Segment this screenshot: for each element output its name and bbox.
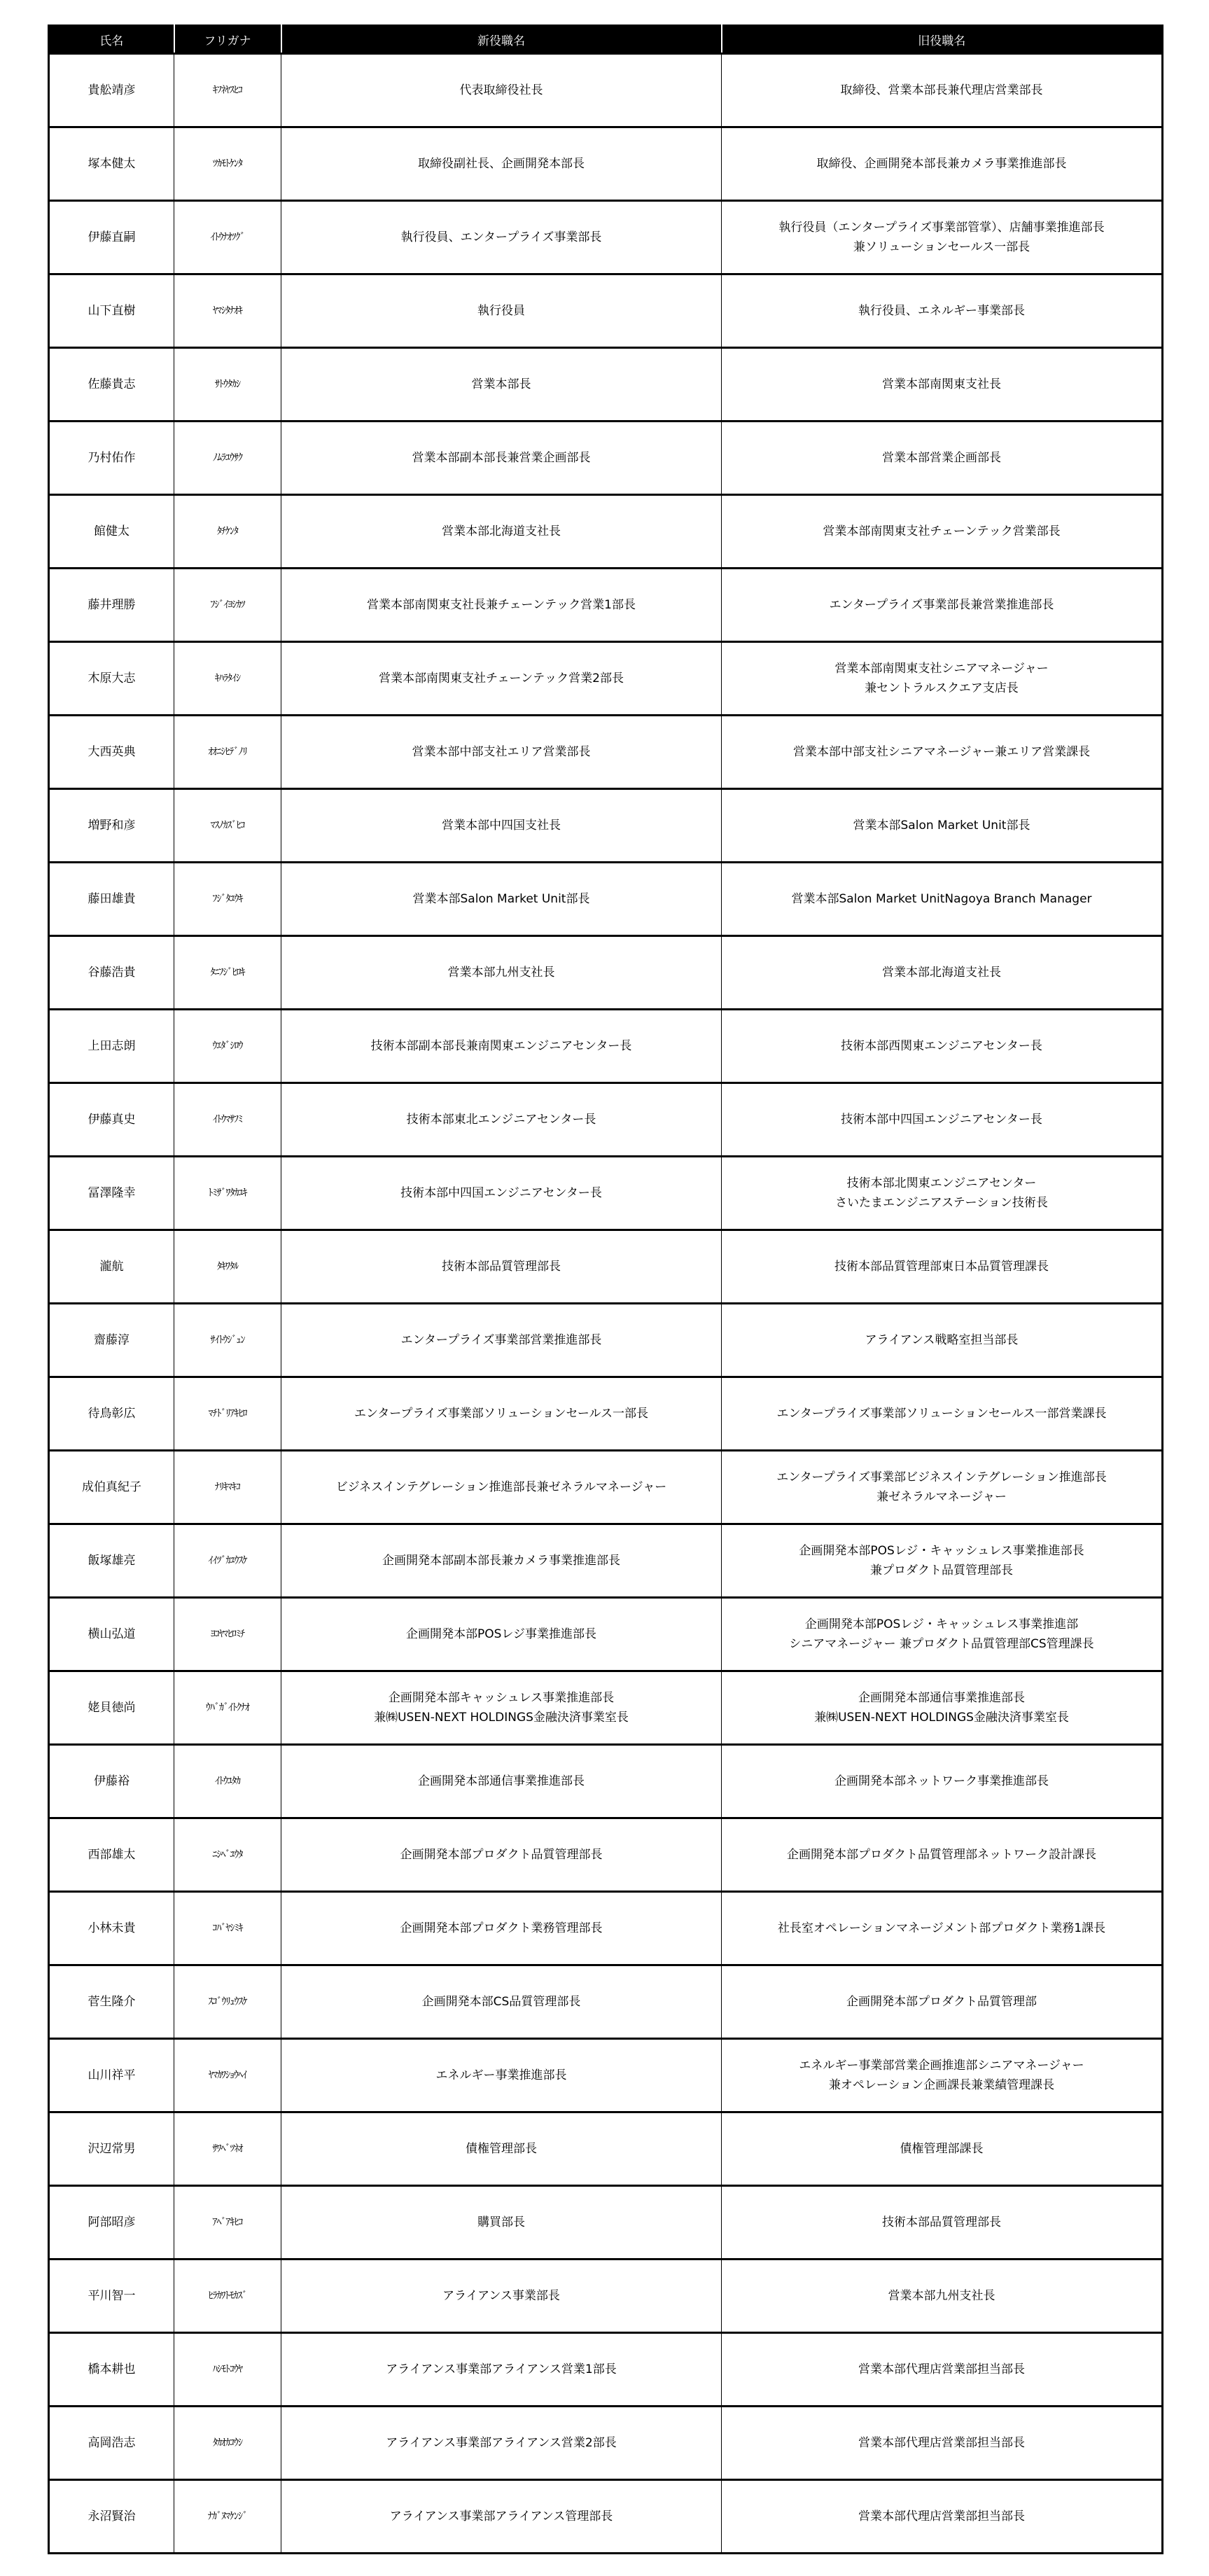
title-line: 営業本部Salon Market UnitNagoya Branch Manag… <box>723 889 1160 909</box>
cell-name: 伊藤直嗣 <box>49 201 174 274</box>
cell-new-title: アライアンス事業部長 <box>281 2260 722 2333</box>
title-line: 兼ソリューションセールス一部長 <box>723 237 1160 257</box>
title-line: エネルギー事業推進部長 <box>283 2066 720 2085</box>
cell-old-title: 企画開発本部ネットワーク事業推進部長 <box>722 1745 1163 1818</box>
cell-furigana: ﾏﾁﾄﾞﾘｱｷﾋﾛ <box>174 1377 281 1451</box>
title-line: さいたまエンジニアステーション技術長 <box>723 1193 1160 1213</box>
title-line: 技術本部西関東エンジニアセンター長 <box>723 1036 1160 1056</box>
table-row: 西部雄太ﾆｼﾍﾞﾕｳﾀ企画開発本部プロダクト品質管理部長企画開発本部プロダクト品… <box>49 1818 1163 1892</box>
cell-new-title: 執行役員 <box>281 274 722 348</box>
cell-new-title: 営業本部中部支社エリア営業部長 <box>281 716 722 789</box>
cell-old-title: 営業本部南関東支社チェーンテック営業部長 <box>722 495 1163 569</box>
cell-old-title: 営業本部南関東支社長 <box>722 348 1163 422</box>
cell-name: 佐藤貴志 <box>49 348 174 422</box>
cell-furigana: ﾀﾁｹﾝﾀ <box>174 495 281 569</box>
cell-name: 貴舩靖彦 <box>49 54 174 127</box>
cell-old-title: 取締役、企画開発本部長兼カメラ事業推進部長 <box>722 127 1163 201</box>
cell-old-title: 企画開発本部POSレジ・キャッシュレス事業推進部長兼プロダクト品質管理部長 <box>722 1524 1163 1598</box>
table-row: 冨澤隆幸ﾄﾐｻﾞﾜﾀｶﾕｷ技術本部中四国エンジニアセンター長技術本部北関東エンジ… <box>49 1157 1163 1230</box>
cell-new-title: 技術本部中四国エンジニアセンター長 <box>281 1157 722 1230</box>
table-row: 藤井理勝ﾌｼﾞｲﾖｼｶﾂ営業本部南関東支社長兼チェーンテック営業1部長エンタープ… <box>49 569 1163 642</box>
cell-new-title: 企画開発本部キャッシュレス事業推進部長兼㈱USEN-NEXT HOLDINGS金… <box>281 1671 722 1745</box>
cell-old-title: 営業本部北海道支社長 <box>722 936 1163 1010</box>
cell-furigana: ﾆｼﾍﾞﾕｳﾀ <box>174 1818 281 1892</box>
cell-new-title: 企画開発本部POSレジ事業推進部長 <box>281 1598 722 1671</box>
header-name: 氏名 <box>49 25 174 54</box>
title-line: 企画開発本部キャッシュレス事業推進部長 <box>283 1688 720 1708</box>
title-line: 営業本部南関東支社長 <box>723 375 1160 394</box>
cell-furigana: ﾋﾗｶﾜﾄﾓｶｽﾞ <box>174 2260 281 2333</box>
cell-furigana: ﾅﾘｷﾏｷｺ <box>174 1451 281 1524</box>
cell-old-title: 執行役員（エンタープライズ事業部管掌）、店舗事業推進部長兼ソリューションセールス… <box>722 201 1163 274</box>
cell-furigana: ｷﾊﾗﾀｲｼ <box>174 642 281 716</box>
header-old-title: 旧役職名 <box>722 25 1163 54</box>
cell-name: 大西英典 <box>49 716 174 789</box>
cell-name: 冨澤隆幸 <box>49 1157 174 1230</box>
cell-name: 小林未貴 <box>49 1892 174 1965</box>
cell-name: 姥貝徳尚 <box>49 1671 174 1745</box>
table-row: 伊藤直嗣ｲﾄｳﾅｵﾂｸﾞ執行役員、エンタープライズ事業部長執行役員（エンタープラ… <box>49 201 1163 274</box>
title-line: 取締役、企画開発本部長兼カメラ事業推進部長 <box>723 154 1160 174</box>
title-line: 営業本部南関東支社シニアマネージャー <box>723 659 1160 678</box>
cell-new-title: アライアンス事業部アライアンス営業2部長 <box>281 2407 722 2480</box>
title-line: 企画開発本部プロダクト品質管理部 <box>723 1992 1160 2012</box>
cell-furigana: ﾀﾆﾌｼﾞﾋﾛｷ <box>174 936 281 1010</box>
title-line: 営業本部南関東支社長兼チェーンテック営業1部長 <box>283 595 720 615</box>
cell-old-title: 債権管理部課長 <box>722 2112 1163 2186</box>
personnel-changes-table: 氏名 フリガナ 新役職名 旧役職名 貴舩靖彦ｷﾌﾈﾔｽﾋｺ代表取締役社長取締役、… <box>48 25 1163 2554</box>
cell-furigana: ｻｲﾄｳｼﾞｭﾝ <box>174 1304 281 1377</box>
title-line: 技術本部中四国エンジニアセンター長 <box>723 1110 1160 1129</box>
title-line: エンタープライズ事業部長兼営業推進部長 <box>723 595 1160 615</box>
cell-name: 木原大志 <box>49 642 174 716</box>
title-line: 営業本部南関東支社チェーンテック営業2部長 <box>283 669 720 688</box>
cell-furigana: ｲｲﾂﾞｶﾕｳｽｹ <box>174 1524 281 1598</box>
title-line: 企画開発本部POSレジ・キャッシュレス事業推進部長 <box>723 1541 1160 1561</box>
cell-name: 藤田雄貴 <box>49 863 174 936</box>
title-line: 企画開発本部プロダクト品質管理部長 <box>283 1845 720 1865</box>
table-row: 乃村佑作ﾉﾑﾗﾕｳｻｸ営業本部副本部長兼営業企画部長営業本部営業企画部長 <box>49 422 1163 495</box>
cell-new-title: 営業本部北海道支社長 <box>281 495 722 569</box>
title-line: 取締役、営業本部長兼代理店営業部長 <box>723 81 1160 100</box>
title-line: アライアンス事業部アライアンス営業1部長 <box>283 2360 720 2379</box>
cell-name: 伊藤裕 <box>49 1745 174 1818</box>
table-row: 阿部昭彦ｱﾍﾞｱｷﾋｺ購買部長技術本部品質管理部長 <box>49 2186 1163 2260</box>
title-line: 営業本部九州支社長 <box>283 963 720 982</box>
cell-name: 伊藤真史 <box>49 1083 174 1157</box>
cell-new-title: 執行役員、エンタープライズ事業部長 <box>281 201 722 274</box>
table-row: 飯塚雄亮ｲｲﾂﾞｶﾕｳｽｹ企画開発本部副本部長兼カメラ事業推進部長企画開発本部P… <box>49 1524 1163 1598</box>
title-line: 技術本部品質管理部長 <box>723 2213 1160 2232</box>
title-line: 企画開発本部ネットワーク事業推進部長 <box>723 1771 1160 1791</box>
title-line: 企画開発本部プロダクト品質管理部ネットワーク設計課長 <box>723 1845 1160 1865</box>
cell-name: 横山弘道 <box>49 1598 174 1671</box>
title-line: 執行役員 <box>283 301 720 321</box>
table-row: 貴舩靖彦ｷﾌﾈﾔｽﾋｺ代表取締役社長取締役、営業本部長兼代理店営業部長 <box>49 54 1163 127</box>
cell-new-title: 営業本部中四国支社長 <box>281 789 722 863</box>
cell-name: 沢辺常男 <box>49 2112 174 2186</box>
cell-new-title: 企画開発本部CS品質管理部長 <box>281 1965 722 2039</box>
cell-name: 平川智一 <box>49 2260 174 2333</box>
cell-furigana: ﾀｶｵｶｺｳｼ <box>174 2407 281 2480</box>
title-line: 営業本部代理店営業部担当部長 <box>723 2433 1160 2453</box>
title-line: 営業本部北海道支社長 <box>283 522 720 541</box>
cell-old-title: エンタープライズ事業部ソリューションセールス一部営業課長 <box>722 1377 1163 1451</box>
cell-new-title: 営業本部南関東支社長兼チェーンテック営業1部長 <box>281 569 722 642</box>
cell-name: 橋本耕也 <box>49 2333 174 2407</box>
title-line: アライアンス事業部アライアンス管理部長 <box>283 2507 720 2526</box>
title-line: シニアマネージャー 兼プロダクト品質管理部CS管理課長 <box>723 1634 1160 1654</box>
table-row: 平川智一ﾋﾗｶﾜﾄﾓｶｽﾞアライアンス事業部長営業本部九州支社長 <box>49 2260 1163 2333</box>
cell-furigana: ｲﾄｳﾅｵﾂｸﾞ <box>174 201 281 274</box>
title-line: 技術本部中四国エンジニアセンター長 <box>283 1183 720 1203</box>
cell-furigana: ｲﾄｳﾏｻﾌﾐ <box>174 1083 281 1157</box>
table-row: 沢辺常男ｻﾜﾍﾞﾂﾈｵ債権管理部長債権管理部課長 <box>49 2112 1163 2186</box>
title-line: 営業本部代理店営業部担当部長 <box>723 2507 1160 2526</box>
cell-furigana: ﾄﾐｻﾞﾜﾀｶﾕｷ <box>174 1157 281 1230</box>
cell-old-title: 技術本部品質管理部長 <box>722 2186 1163 2260</box>
title-line: アライアンス事業部長 <box>283 2286 720 2306</box>
cell-name: 飯塚雄亮 <box>49 1524 174 1598</box>
title-line: 債権管理部長 <box>283 2139 720 2159</box>
title-line: エンタープライズ事業部ソリューションセールス一部長 <box>283 1404 720 1423</box>
cell-old-title: エネルギー事業部営業企画推進部シニアマネージャー兼オペレーション企画課長兼業績管… <box>722 2039 1163 2112</box>
title-line: 営業本部副本部長兼営業企画部長 <box>283 448 720 468</box>
cell-new-title: ビジネスインテグレーション推進部長兼ゼネラルマネージャー <box>281 1451 722 1524</box>
cell-furigana: ﾖｺﾔﾏﾋﾛﾐﾁ <box>174 1598 281 1671</box>
title-line: 兼ゼネラルマネージャー <box>723 1487 1160 1507</box>
title-line: 購買部長 <box>283 2213 720 2232</box>
cell-furigana: ｱﾍﾞｱｷﾋｺ <box>174 2186 281 2260</box>
table-row: 木原大志ｷﾊﾗﾀｲｼ営業本部南関東支社チェーンテック営業2部長営業本部南関東支社… <box>49 642 1163 716</box>
cell-old-title: 技術本部中四国エンジニアセンター長 <box>722 1083 1163 1157</box>
cell-furigana: ｳﾊﾞｶﾞｲﾄｸﾅｵ <box>174 1671 281 1745</box>
cell-old-title: 営業本部Salon Market UnitNagoya Branch Manag… <box>722 863 1163 936</box>
title-line: 兼オペレーション企画課長兼業績管理課長 <box>723 2075 1160 2095</box>
table-row: 横山弘道ﾖｺﾔﾏﾋﾛﾐﾁ企画開発本部POSレジ事業推進部長企画開発本部POSレジ… <box>49 1598 1163 1671</box>
table-row: 伊藤裕ｲﾄｳﾕﾀｶ企画開発本部通信事業推進部長企画開発本部ネットワーク事業推進部… <box>49 1745 1163 1818</box>
title-line: 営業本部九州支社長 <box>723 2286 1160 2306</box>
cell-name: 成伯真紀子 <box>49 1451 174 1524</box>
title-line: 企画開発本部副本部長兼カメラ事業推進部長 <box>283 1551 720 1571</box>
cell-furigana: ﾏｽﾉｶｽﾞﾋｺ <box>174 789 281 863</box>
table-row: 藤田雄貴ﾌｼﾞﾀﾕｳｷ営業本部Salon Market Unit部長営業本部Sa… <box>49 863 1163 936</box>
cell-name: 菅生隆介 <box>49 1965 174 2039</box>
cell-old-title: 企画開発本部プロダクト品質管理部ネットワーク設計課長 <box>722 1818 1163 1892</box>
table-body: 貴舩靖彦ｷﾌﾈﾔｽﾋｺ代表取締役社長取締役、営業本部長兼代理店営業部長塚本健太ﾂ… <box>49 54 1163 2554</box>
cell-furigana: ﾌｼﾞﾀﾕｳｷ <box>174 863 281 936</box>
cell-old-title: 営業本部Salon Market Unit部長 <box>722 789 1163 863</box>
cell-new-title: 企画開発本部副本部長兼カメラ事業推進部長 <box>281 1524 722 1598</box>
title-line: エンタープライズ事業部ビジネスインテグレーション推進部長 <box>723 1468 1160 1487</box>
cell-name: 谷藤浩貴 <box>49 936 174 1010</box>
cell-name: 高岡浩志 <box>49 2407 174 2480</box>
table-row: 高岡浩志ﾀｶｵｶｺｳｼアライアンス事業部アライアンス営業2部長営業本部代理店営業… <box>49 2407 1163 2480</box>
table-row: 伊藤真史ｲﾄｳﾏｻﾌﾐ技術本部東北エンジニアセンター長技術本部中四国エンジニアセ… <box>49 1083 1163 1157</box>
cell-name: 齋藤淳 <box>49 1304 174 1377</box>
table-row: 上田志朗ｳｴﾀﾞｼﾛｳ技術本部副本部長兼南関東エンジニアセンター長技術本部西関東… <box>49 1010 1163 1083</box>
title-line: 営業本部Salon Market Unit部長 <box>723 816 1160 835</box>
cell-name: 山下直樹 <box>49 274 174 348</box>
table-row: 橋本耕也ﾊｼﾓﾄｺｳﾔアライアンス事業部アライアンス営業1部長営業本部代理店営業… <box>49 2333 1163 2407</box>
table-row: 山川祥平ﾔﾏｶﾜｼｮｳﾍｲエネルギー事業推進部長エネルギー事業部営業企画推進部シ… <box>49 2039 1163 2112</box>
title-line: 企画開発本部通信事業推進部長 <box>283 1771 720 1791</box>
cell-name: 塚本健太 <box>49 127 174 201</box>
cell-name: 永沼賢治 <box>49 2480 174 2554</box>
cell-furigana: ｲﾄｳﾕﾀｶ <box>174 1745 281 1818</box>
cell-new-title: 営業本部Salon Market Unit部長 <box>281 863 722 936</box>
cell-furigana: ｻﾄｳﾀｶｼ <box>174 348 281 422</box>
title-line: 営業本部代理店営業部担当部長 <box>723 2360 1160 2379</box>
cell-new-title: アライアンス事業部アライアンス管理部長 <box>281 2480 722 2554</box>
cell-furigana: ﾉﾑﾗﾕｳｻｸ <box>174 422 281 495</box>
table-row: 待鳥彰広ﾏﾁﾄﾞﾘｱｷﾋﾛエンタープライズ事業部ソリューションセールス一部長エン… <box>49 1377 1163 1451</box>
header-furigana: フリガナ <box>174 25 281 54</box>
cell-old-title: 技術本部品質管理部東日本品質管理課長 <box>722 1230 1163 1304</box>
cell-furigana: ｻﾜﾍﾞﾂﾈｵ <box>174 2112 281 2186</box>
title-line: 兼㈱USEN-NEXT HOLDINGS金融決済事業室長 <box>283 1708 720 1727</box>
cell-new-title: 企画開発本部プロダクト業務管理部長 <box>281 1892 722 1965</box>
cell-name: 阿部昭彦 <box>49 2186 174 2260</box>
title-line: 営業本部Salon Market Unit部長 <box>283 889 720 909</box>
title-line: 兼セントラルスクエア支店長 <box>723 678 1160 698</box>
cell-new-title: 取締役副社長、企画開発本部長 <box>281 127 722 201</box>
cell-old-title: 営業本部代理店営業部担当部長 <box>722 2333 1163 2407</box>
cell-old-title: 企画開発本部POSレジ・キャッシュレス事業推進部シニアマネージャー 兼プロダクト… <box>722 1598 1163 1671</box>
title-line: 技術本部品質管理部長 <box>283 1257 720 1276</box>
cell-furigana: ｺﾊﾞﾔｼﾐｷ <box>174 1892 281 1965</box>
cell-new-title: エネルギー事業推進部長 <box>281 2039 722 2112</box>
title-line: 執行役員（エンタープライズ事業部管掌）、店舗事業推進部長 <box>723 218 1160 237</box>
title-line: 営業本部中部支社シニアマネージャー兼エリア営業課長 <box>723 742 1160 762</box>
table-row: 齋藤淳ｻｲﾄｳｼﾞｭﾝエンタープライズ事業部営業推進部長アライアンス戦略室担当部… <box>49 1304 1163 1377</box>
title-line: 企画開発本部通信事業推進部長 <box>723 1688 1160 1708</box>
cell-name: 上田志朗 <box>49 1010 174 1083</box>
table-row: 永沼賢治ﾅｶﾞﾇﾏｹﾝｼﾞアライアンス事業部アライアンス管理部長営業本部代理店営… <box>49 2480 1163 2554</box>
cell-old-title: 営業本部営業企画部長 <box>722 422 1163 495</box>
table-row: 大西英典ｵｵﾆｼﾋﾃﾞﾉﾘ営業本部中部支社エリア営業部長営業本部中部支社シニアマ… <box>49 716 1163 789</box>
cell-new-title: 営業本部長 <box>281 348 722 422</box>
cell-old-title: 営業本部代理店営業部担当部長 <box>722 2407 1163 2480</box>
cell-furigana: ｵｵﾆｼﾋﾃﾞﾉﾘ <box>174 716 281 789</box>
cell-furigana: ｽｺﾞｳﾘｭｳｽｹ <box>174 1965 281 2039</box>
cell-old-title: 営業本部南関東支社シニアマネージャー兼セントラルスクエア支店長 <box>722 642 1163 716</box>
title-line: エネルギー事業部営業企画推進部シニアマネージャー <box>723 2056 1160 2075</box>
title-line: 企画開発本部CS品質管理部長 <box>283 1992 720 2012</box>
cell-new-title: エンタープライズ事業部ソリューションセールス一部長 <box>281 1377 722 1451</box>
table-row: 瀧航ﾀｷﾜﾀﾙ技術本部品質管理部長技術本部品質管理部東日本品質管理課長 <box>49 1230 1163 1304</box>
cell-new-title: 企画開発本部通信事業推進部長 <box>281 1745 722 1818</box>
table-row: 山下直樹ﾔﾏｼﾀﾅｵｷ執行役員執行役員、エネルギー事業部長 <box>49 274 1163 348</box>
cell-new-title: 技術本部副本部長兼南関東エンジニアセンター長 <box>281 1010 722 1083</box>
cell-furigana: ｳｴﾀﾞｼﾛｳ <box>174 1010 281 1083</box>
title-line: 債権管理部課長 <box>723 2139 1160 2159</box>
cell-old-title: エンタープライズ事業部長兼営業推進部長 <box>722 569 1163 642</box>
cell-old-title: 営業本部代理店営業部担当部長 <box>722 2480 1163 2554</box>
title-line: 兼㈱USEN-NEXT HOLDINGS金融決済事業室長 <box>723 1708 1160 1727</box>
cell-old-title: 技術本部西関東エンジニアセンター長 <box>722 1010 1163 1083</box>
cell-new-title: 営業本部九州支社長 <box>281 936 722 1010</box>
cell-name: 瀧航 <box>49 1230 174 1304</box>
table-row: 塚本健太ﾂｶﾓﾄｹﾝﾀ取締役副社長、企画開発本部長取締役、企画開発本部長兼カメラ… <box>49 127 1163 201</box>
title-line: 営業本部南関東支社チェーンテック営業部長 <box>723 522 1160 541</box>
cell-old-title: 企画開発本部通信事業推進部長兼㈱USEN-NEXT HOLDINGS金融決済事業… <box>722 1671 1163 1745</box>
title-line: エンタープライズ事業部ソリューションセールス一部営業課長 <box>723 1404 1160 1423</box>
cell-new-title: 債権管理部長 <box>281 2112 722 2186</box>
cell-new-title: 購買部長 <box>281 2186 722 2260</box>
cell-name: 乃村佑作 <box>49 422 174 495</box>
cell-old-title: 執行役員、エネルギー事業部長 <box>722 274 1163 348</box>
title-line: 取締役副社長、企画開発本部長 <box>283 154 720 174</box>
cell-old-title: 営業本部中部支社シニアマネージャー兼エリア営業課長 <box>722 716 1163 789</box>
table-row: 佐藤貴志ｻﾄｳﾀｶｼ営業本部長営業本部南関東支社長 <box>49 348 1163 422</box>
cell-name: 藤井理勝 <box>49 569 174 642</box>
table-row: 成伯真紀子ﾅﾘｷﾏｷｺビジネスインテグレーション推進部長兼ゼネラルマネージャーエ… <box>49 1451 1163 1524</box>
title-line: 企画開発本部POSレジ事業推進部長 <box>283 1624 720 1644</box>
title-line: アライアンス戦略室担当部長 <box>723 1330 1160 1350</box>
cell-new-title: 企画開発本部プロダクト品質管理部長 <box>281 1818 722 1892</box>
cell-furigana: ﾅｶﾞﾇﾏｹﾝｼﾞ <box>174 2480 281 2554</box>
header-new-title: 新役職名 <box>281 25 722 54</box>
title-line: 営業本部中部支社エリア営業部長 <box>283 742 720 762</box>
cell-old-title: アライアンス戦略室担当部長 <box>722 1304 1163 1377</box>
title-line: アライアンス事業部アライアンス営業2部長 <box>283 2433 720 2453</box>
cell-old-title: エンタープライズ事業部ビジネスインテグレーション推進部長兼ゼネラルマネージャー <box>722 1451 1163 1524</box>
table-row: 谷藤浩貴ﾀﾆﾌｼﾞﾋﾛｷ営業本部九州支社長営業本部北海道支社長 <box>49 936 1163 1010</box>
cell-new-title: 技術本部品質管理部長 <box>281 1230 722 1304</box>
table-row: 増野和彦ﾏｽﾉｶｽﾞﾋｺ営業本部中四国支社長営業本部Salon Market U… <box>49 789 1163 863</box>
table-row: 小林未貴ｺﾊﾞﾔｼﾐｷ企画開発本部プロダクト業務管理部長社長室オペレーションマネ… <box>49 1892 1163 1965</box>
cell-furigana: ﾔﾏｼﾀﾅｵｷ <box>174 274 281 348</box>
title-line: 営業本部営業企画部長 <box>723 448 1160 468</box>
title-line: 営業本部中四国支社長 <box>283 816 720 835</box>
table-row: 菅生隆介ｽｺﾞｳﾘｭｳｽｹ企画開発本部CS品質管理部長企画開発本部プロダクト品質… <box>49 1965 1163 2039</box>
title-line: 技術本部品質管理部東日本品質管理課長 <box>723 1257 1160 1276</box>
title-line: 企画開発本部POSレジ・キャッシュレス事業推進部 <box>723 1615 1160 1634</box>
cell-old-title: 取締役、営業本部長兼代理店営業部長 <box>722 54 1163 127</box>
cell-furigana: ﾌｼﾞｲﾖｼｶﾂ <box>174 569 281 642</box>
cell-old-title: 技術本部北関東エンジニアセンターさいたまエンジニアステーション技術長 <box>722 1157 1163 1230</box>
cell-new-title: 代表取締役社長 <box>281 54 722 127</box>
cell-new-title: アライアンス事業部アライアンス営業1部長 <box>281 2333 722 2407</box>
title-line: 技術本部北関東エンジニアセンター <box>723 1174 1160 1193</box>
title-line: エンタープライズ事業部営業推進部長 <box>283 1330 720 1350</box>
cell-new-title: 技術本部東北エンジニアセンター長 <box>281 1083 722 1157</box>
cell-name: 待鳥彰広 <box>49 1377 174 1451</box>
title-line: 技術本部東北エンジニアセンター長 <box>283 1110 720 1129</box>
title-line: 営業本部北海道支社長 <box>723 963 1160 982</box>
cell-old-title: 社長室オペレーションマネージメント部プロダクト業務1課長 <box>722 1892 1163 1965</box>
cell-name: 増野和彦 <box>49 789 174 863</box>
cell-new-title: 営業本部副本部長兼営業企画部長 <box>281 422 722 495</box>
cell-old-title: 企画開発本部プロダクト品質管理部 <box>722 1965 1163 2039</box>
title-line: 営業本部長 <box>283 375 720 394</box>
title-line: 社長室オペレーションマネージメント部プロダクト業務1課長 <box>723 1919 1160 1938</box>
table-header-row: 氏名 フリガナ 新役職名 旧役職名 <box>49 25 1163 54</box>
title-line: 兼プロダクト品質管理部長 <box>723 1561 1160 1580</box>
cell-name: 山川祥平 <box>49 2039 174 2112</box>
table-row: 姥貝徳尚ｳﾊﾞｶﾞｲﾄｸﾅｵ企画開発本部キャッシュレス事業推進部長兼㈱USEN-… <box>49 1671 1163 1745</box>
title-line: ビジネスインテグレーション推進部長兼ゼネラルマネージャー <box>283 1477 720 1497</box>
title-line: 代表取締役社長 <box>283 81 720 100</box>
title-line: 執行役員、エネルギー事業部長 <box>723 301 1160 321</box>
cell-name: 西部雄太 <box>49 1818 174 1892</box>
cell-new-title: エンタープライズ事業部営業推進部長 <box>281 1304 722 1377</box>
cell-furigana: ﾊｼﾓﾄｺｳﾔ <box>174 2333 281 2407</box>
cell-old-title: 営業本部九州支社長 <box>722 2260 1163 2333</box>
cell-furigana: ﾂｶﾓﾄｹﾝﾀ <box>174 127 281 201</box>
cell-name: 館健太 <box>49 495 174 569</box>
title-line: 執行役員、エンタープライズ事業部長 <box>283 228 720 247</box>
cell-furigana: ﾔﾏｶﾜｼｮｳﾍｲ <box>174 2039 281 2112</box>
title-line: 企画開発本部プロダクト業務管理部長 <box>283 1919 720 1938</box>
cell-furigana: ﾀｷﾜﾀﾙ <box>174 1230 281 1304</box>
title-line: 技術本部副本部長兼南関東エンジニアセンター長 <box>283 1036 720 1056</box>
cell-new-title: 営業本部南関東支社チェーンテック営業2部長 <box>281 642 722 716</box>
cell-furigana: ｷﾌﾈﾔｽﾋｺ <box>174 54 281 127</box>
table-row: 館健太ﾀﾁｹﾝﾀ営業本部北海道支社長営業本部南関東支社チェーンテック営業部長 <box>49 495 1163 569</box>
